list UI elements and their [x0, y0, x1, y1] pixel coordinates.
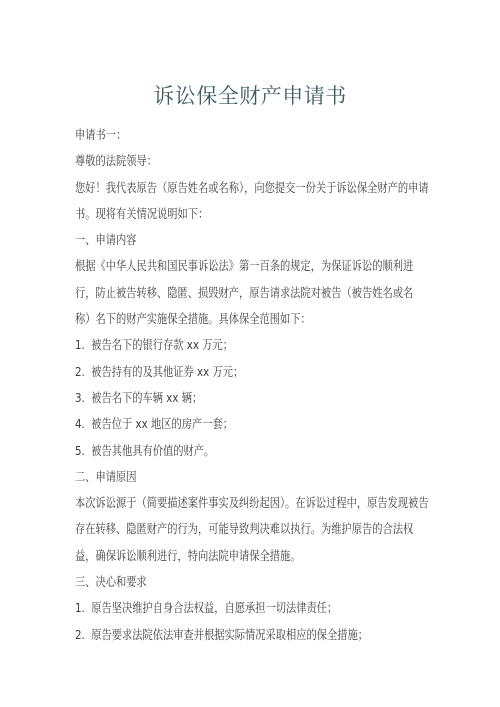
document-line: 根据《中华人民共和国民事诉讼法》第一百条的规定，为保证诉讼的顺利进 [75, 253, 429, 279]
document-line: 称）名下的财产实施保全措施。具体保全范围如下： [75, 306, 429, 332]
document-line: 2. 被告持有的及其他证券 xx 万元； [75, 359, 429, 385]
document-line: 1. 被告名下的银行存款 xx 万元； [75, 332, 429, 358]
document-line: 本次诉讼源于（简要描述案件事实及纠纷起因）。在诉讼过程中，原告发现被告 [75, 490, 429, 516]
document-line: 二、申请原因 [75, 464, 429, 490]
document-line: 三、决心和要求 [75, 569, 429, 595]
document-line: 行，防止被告转移、隐匿、损毁财产，原告请求法院对被告（被告姓名或名 [75, 280, 429, 306]
document-line: 5. 被告其他具有价值的财产。 [75, 438, 429, 464]
document-line: 您好！我代表原告（原告姓名或名称），向您提交一份关于诉讼保全财产的申请 [75, 175, 429, 201]
document-line: 益，确保诉讼顺利进行，特向法院申请保全措施。 [75, 543, 429, 569]
document-line: 尊敬的法院领导： [75, 148, 429, 174]
document-line: 3. 被告名下的车辆 xx 辆； [75, 385, 429, 411]
document-page: 诉讼保全财产申请书 申请书一：尊敬的法院领导：您好！我代表原告（原告姓名或名称）… [0, 0, 500, 707]
document-line: 1. 原告坚决维护自身合法权益，自愿承担一切法律责任； [75, 595, 429, 621]
document-line: 存在转移、隐匿财产的行为，可能导致判决难以执行。为维护原告的合法权 [75, 516, 429, 542]
document-body: 申请书一：尊敬的法院领导：您好！我代表原告（原告姓名或名称），向您提交一份关于诉… [75, 122, 429, 648]
document-title: 诉讼保全财产申请书 [0, 85, 500, 108]
document-line: 2. 原告要求法院依法审查并根据实际情况采取相应的保全措施； [75, 622, 429, 648]
document-line: 4. 被告位于 xx 地区的房产一套； [75, 411, 429, 437]
document-line: 一、申请内容 [75, 227, 429, 253]
document-line: 书。现将有关情况说明如下： [75, 201, 429, 227]
document-line: 申请书一： [75, 122, 429, 148]
